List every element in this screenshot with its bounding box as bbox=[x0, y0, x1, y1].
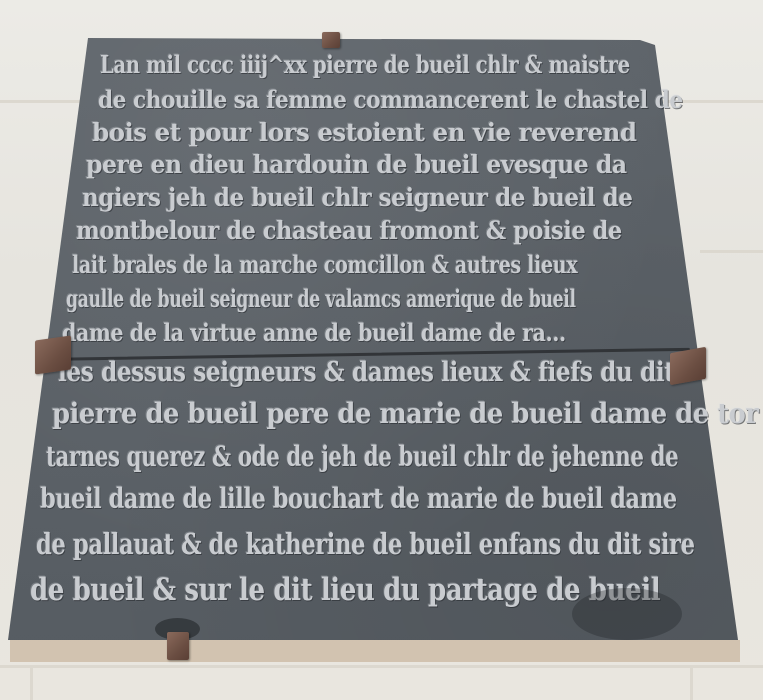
iron-clamp-left bbox=[35, 335, 71, 374]
iron-clamp-top bbox=[322, 32, 340, 48]
wall-mortar-joint bbox=[700, 250, 763, 253]
inscription-line: les dessus seigneurs & dames lieux & fie… bbox=[58, 357, 675, 388]
wall-mortar-joint bbox=[0, 665, 763, 668]
dark-stain bbox=[572, 588, 682, 640]
inscription-line: lait brales de la marche comcillon & aut… bbox=[72, 250, 577, 279]
inscription-line: pierre de bueil pere de marie de bueil d… bbox=[52, 397, 758, 430]
inscription-line: montbelour de chasteau fromont & poisie … bbox=[76, 216, 622, 245]
iron-clamp-right bbox=[670, 347, 706, 385]
inscription-line: pere en dieu hardouin de bueil evesque d… bbox=[86, 150, 627, 179]
inscription-line: de pallauat & de katherine de bueil enfa… bbox=[36, 527, 695, 561]
inscription-line: de bueil & sur le dit lieu du partage de… bbox=[30, 572, 660, 608]
iron-clamp-bottom bbox=[167, 632, 189, 660]
rust-streak bbox=[10, 640, 740, 662]
inscription-line: tarnes querez & ode de jeh de bueil chlr… bbox=[46, 440, 678, 473]
inscription-line: ngiers jeh de bueil chlr seigneur de bue… bbox=[82, 183, 632, 212]
inscription-line: dame de la virtue anne de bueil dame de … bbox=[62, 318, 566, 347]
wall-mortar-joint bbox=[690, 665, 693, 700]
inscription-line: de chouille sa femme commancerent le cha… bbox=[98, 85, 683, 114]
inscription-line: bois et pour lors estoient en vie revere… bbox=[92, 118, 637, 147]
inscription-line: gaulle de bueil seigneur de valamcs amer… bbox=[66, 284, 576, 313]
wall-mortar-joint bbox=[0, 100, 90, 103]
inscription-line: bueil dame de lille bouchart de marie de… bbox=[40, 482, 677, 515]
wall-mortar-joint bbox=[30, 665, 33, 700]
inscription-line: Lan mil cccc iiij^xx pierre de bueil chl… bbox=[100, 50, 630, 79]
